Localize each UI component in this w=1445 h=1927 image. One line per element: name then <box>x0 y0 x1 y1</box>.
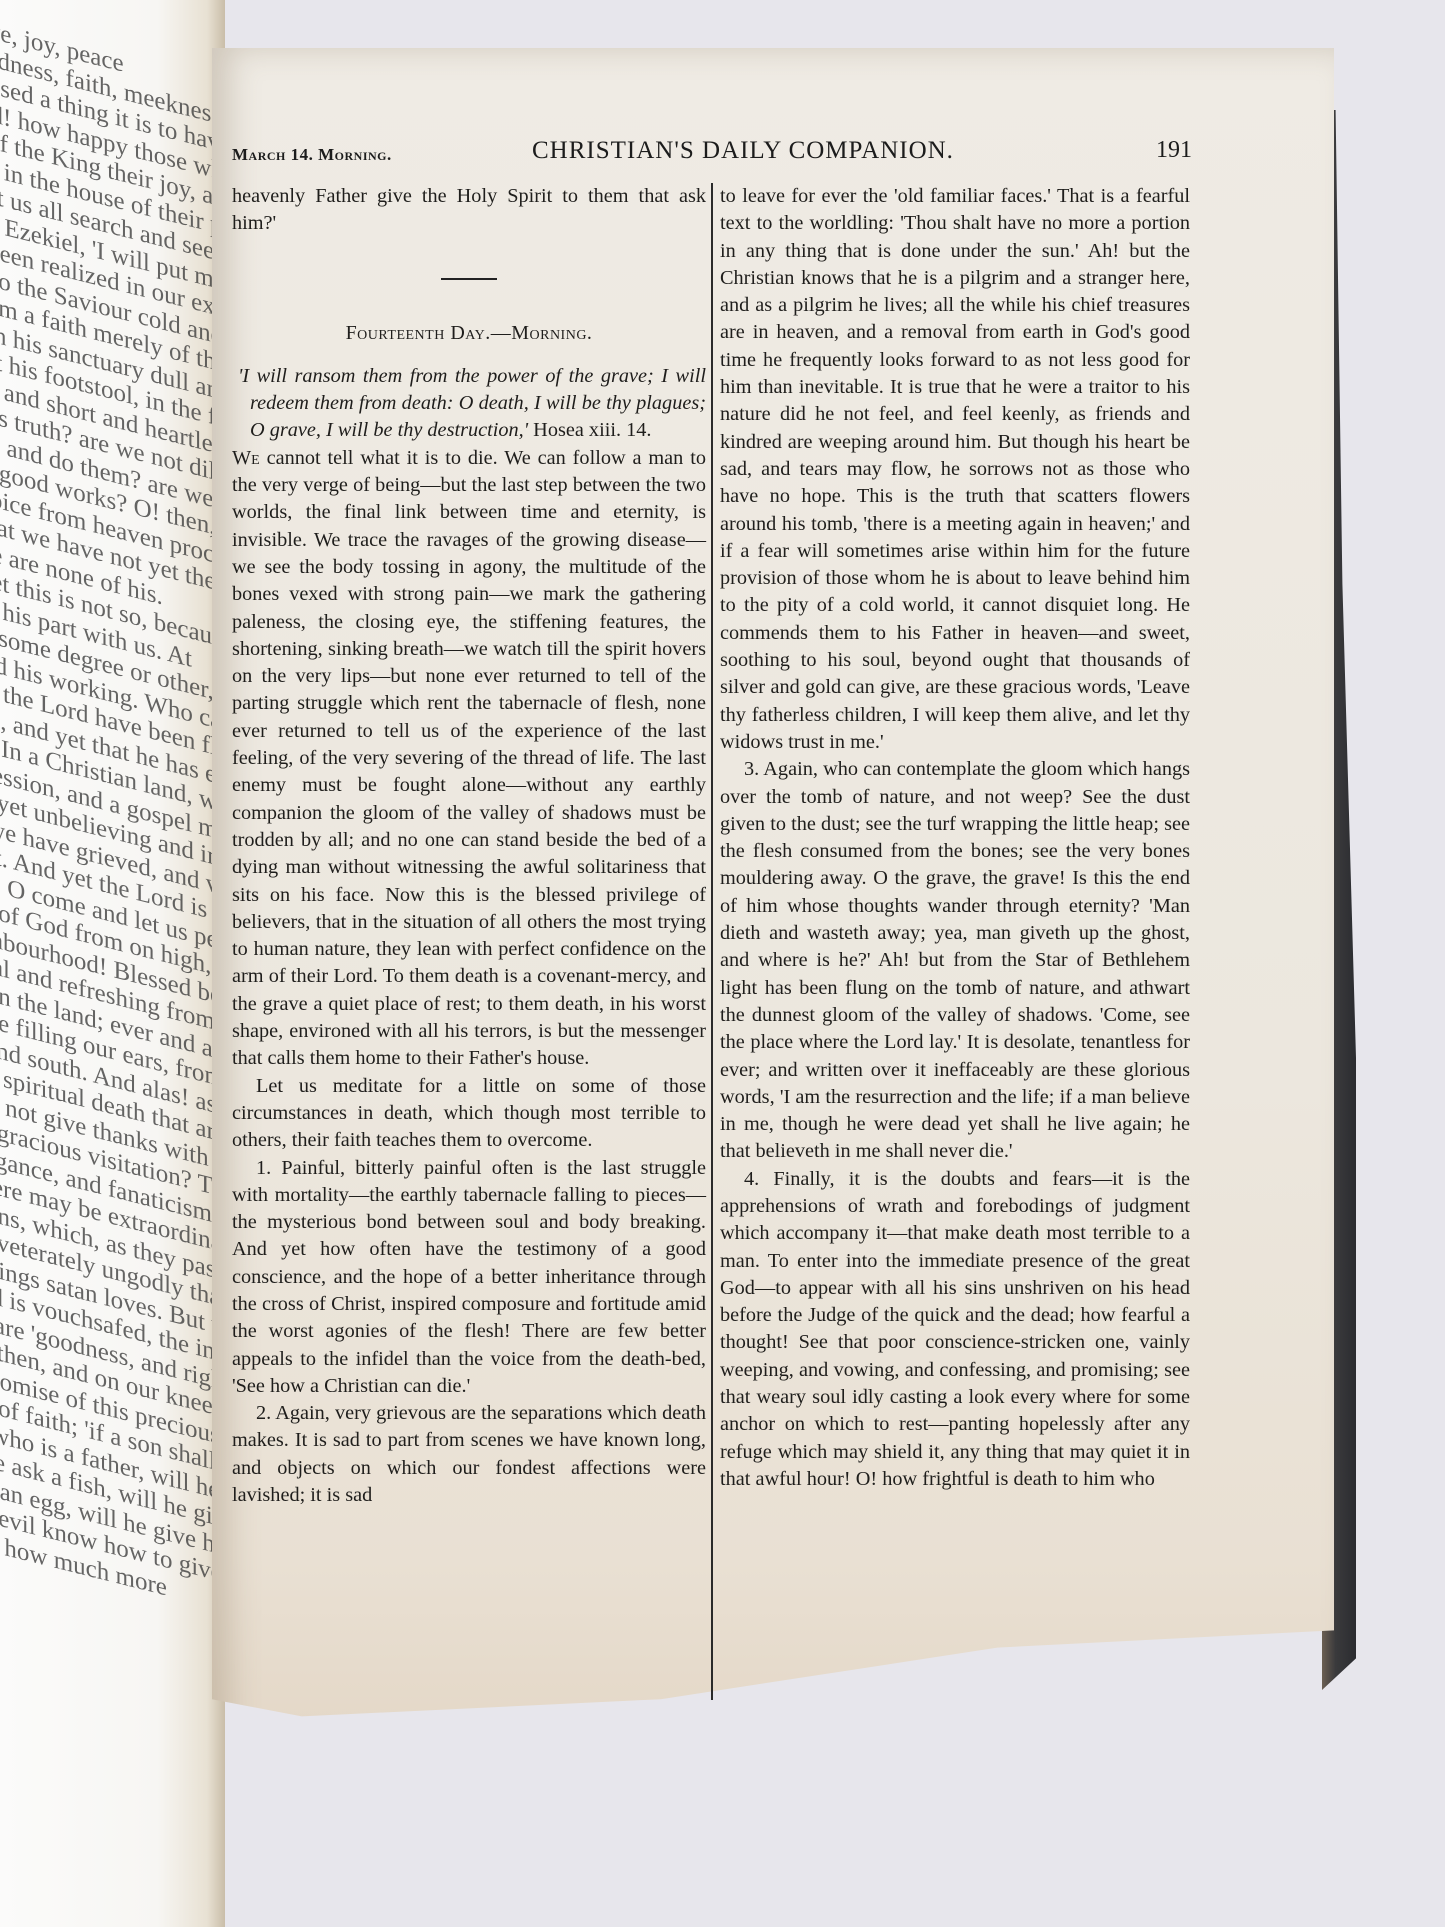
section-divider <box>441 278 497 280</box>
paragraph-text: cannot tell what it is to die. We can fo… <box>232 447 706 1070</box>
scripture-epigraph: 'I will ransom them from the power of th… <box>232 363 706 445</box>
paragraph-point-1: 1. Painful, bitterly painful often is th… <box>232 1155 706 1401</box>
paragraph-point-3: 3. Again, who can contemplate the gloom … <box>720 756 1190 1165</box>
facing-page-left: Love, joy, peacegoodness, faith, meeknes… <box>0 0 225 1927</box>
left-text-column: heavenly Father give the Holy Spirit to … <box>232 183 706 1509</box>
paragraph-continued: to leave for ever the 'old familiar face… <box>720 183 1190 756</box>
running-head: March 14. Morning. CHRISTIAN'S DAILY COM… <box>232 137 1192 177</box>
right-text-column: to leave for ever the 'old familiar face… <box>720 183 1190 1493</box>
paragraph-point-4: 4. Finally, it is the doubts and fears—i… <box>720 1166 1190 1494</box>
book-title: CHRISTIAN'S DAILY COMPANION. <box>532 137 954 165</box>
page-number: 191 <box>1156 137 1192 164</box>
paragraph-meditate: Let us meditate for a little on some of … <box>232 1073 706 1155</box>
day-heading: Fourteenth Day.—Morning. <box>232 320 706 347</box>
running-head-date: March 14. Morning. <box>232 145 392 165</box>
facing-page-text: Love, joy, peacegoodness, faith, meeknes… <box>0 10 225 1622</box>
continued-text: heavenly Father give the Holy Spirit to … <box>232 183 706 238</box>
paragraph-intro: We cannot tell what it is to die. We can… <box>232 445 706 1073</box>
first-word: We <box>232 447 260 469</box>
epigraph-reference: Hosea xiii. 14. <box>533 419 651 441</box>
paragraph-point-2: 2. Again, very grievous are the separati… <box>232 1400 706 1509</box>
column-rule <box>711 183 713 1700</box>
